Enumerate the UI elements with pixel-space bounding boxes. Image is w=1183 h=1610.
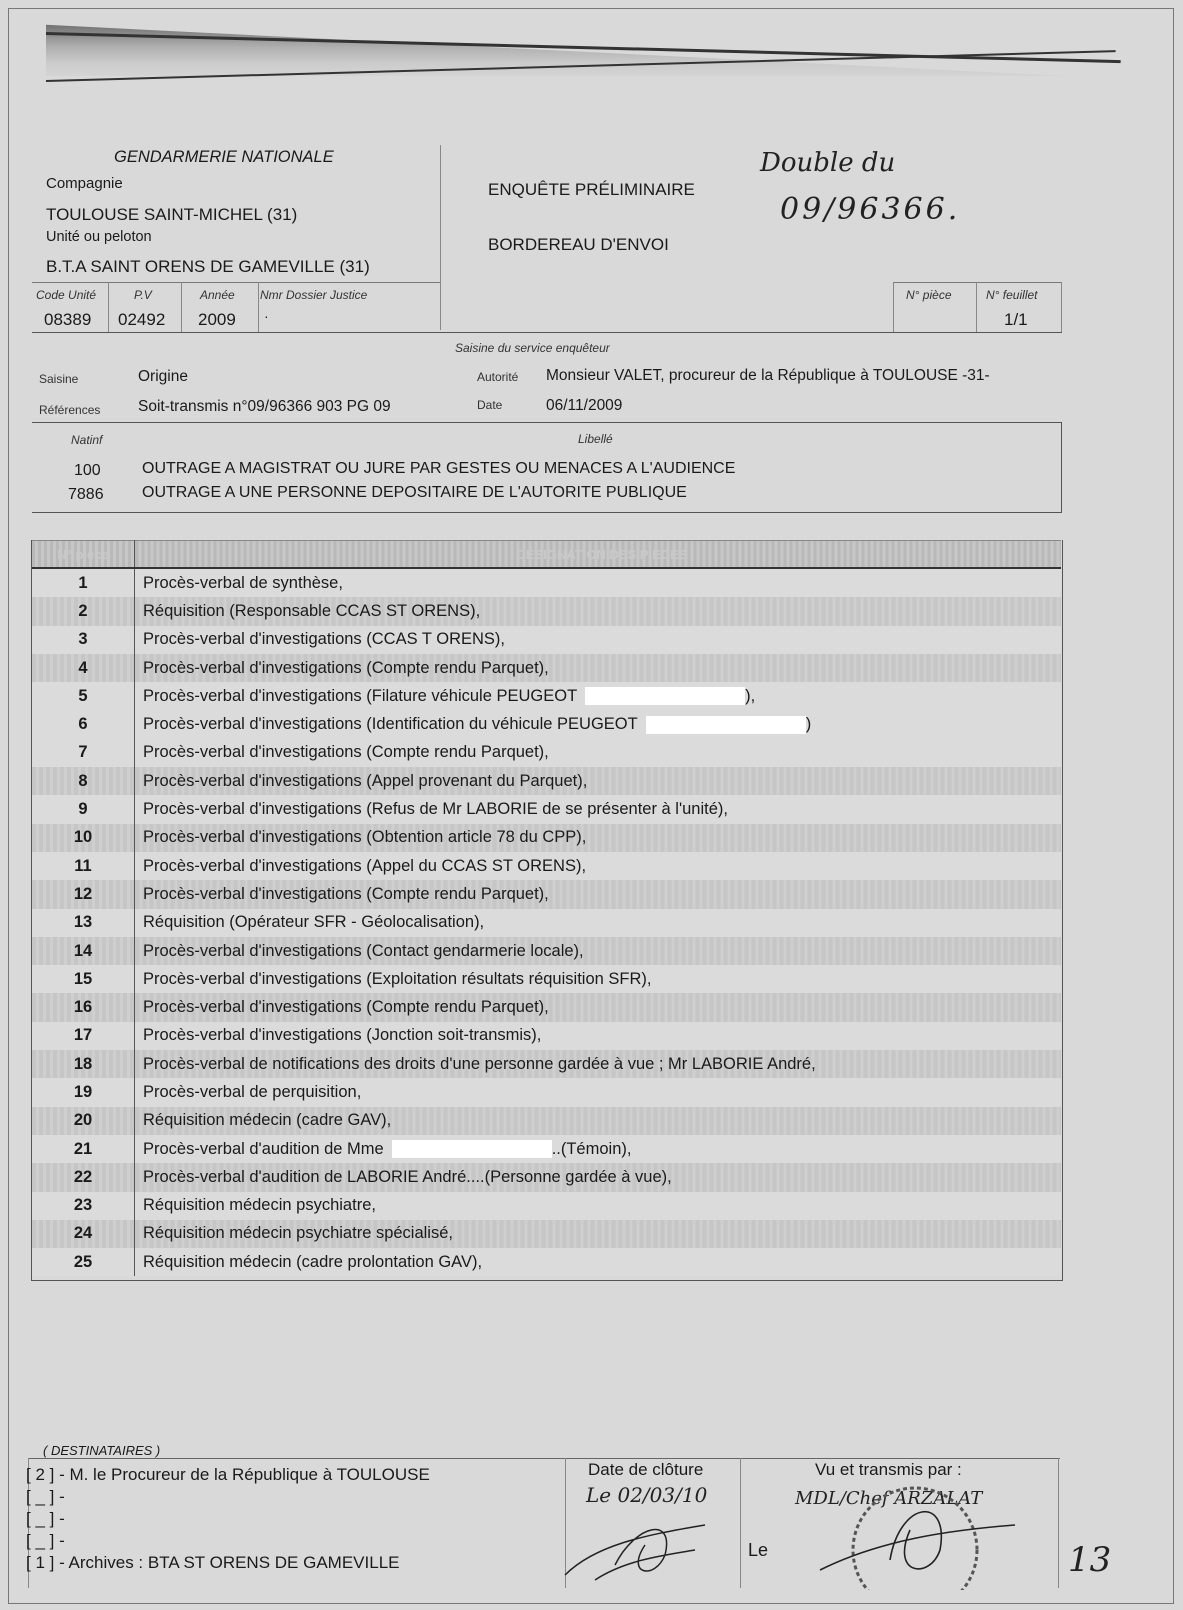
date-label: Date — [477, 398, 502, 412]
piece-text: Réquisition (Opérateur SFR - Géolocalisa… — [143, 913, 484, 931]
handwritten-reference: 09/96366. — [780, 192, 960, 227]
piece-number: 23 — [32, 1192, 135, 1220]
destinataire: [ 2 ] - M. le Procureur de la République… — [26, 1464, 430, 1486]
divider — [740, 1458, 741, 1588]
piece-number: 12 — [32, 880, 135, 908]
piece-number: 19 — [32, 1078, 135, 1106]
table-row: 3Procès-verbal d'investigations (CCAS T … — [32, 626, 1061, 654]
dossier-label: Nmr Dossier Justice — [260, 288, 367, 302]
divider — [893, 282, 1061, 283]
piece-description: Procès-verbal d'investigations (Exploita… — [135, 965, 1062, 993]
piece-description: Réquisition (Responsable CCAS ST ORENS), — [135, 597, 1062, 625]
piece-text: Procès-verbal de synthèse, — [143, 574, 343, 592]
piece-description: Procès-verbal d'investigations (Appel pr… — [135, 767, 1062, 795]
piece-description: Procès-verbal d'investigations (CCAS T O… — [135, 626, 1062, 654]
table-row: 8Procès-verbal d'investigations (Appel p… — [32, 767, 1061, 795]
table-row: 15Procès-verbal d'investigations (Exploi… — [32, 965, 1061, 993]
divider — [108, 282, 109, 332]
pv-value: 02492 — [118, 310, 165, 330]
piece-text: Procès-verbal d'investigations (Compte r… — [143, 885, 549, 903]
piece-text: Procès-verbal d'investigations (Identifi… — [143, 715, 638, 733]
table-row: 7Procès-verbal d'investigations (Compte … — [32, 739, 1061, 767]
piece-number: 25 — [32, 1248, 135, 1276]
divider — [1061, 422, 1062, 512]
feuillet-label: N° feuillet — [986, 288, 1038, 302]
piece-text-after: ), — [745, 687, 755, 705]
piece-text: Procès-verbal d'investigations (Jonction… — [143, 1026, 541, 1044]
destinataires-label: ( DESTINATAIRES ) — [43, 1443, 160, 1458]
scanned-page: GENDARMERIE NATIONALE Compagnie TOULOUSE… — [0, 0, 1183, 1610]
piece-number: 10 — [32, 824, 135, 852]
piece-number: 18 — [32, 1050, 135, 1078]
piece-number: 24 — [32, 1220, 135, 1248]
natinf-code: 7886 — [68, 486, 104, 504]
divider — [1061, 282, 1062, 332]
table-row: 1Procès-verbal de synthèse, — [32, 568, 1061, 597]
piece-text: Procès-verbal d'investigations (Contact … — [143, 942, 584, 960]
natinf-libelle: OUTRAGE A UNE PERSONNE DEPOSITAIRE DE L'… — [142, 484, 687, 502]
piece-text-after: ..(Témoin), — [552, 1140, 632, 1158]
piece-description: Procès-verbal d'audition de LABORIE Andr… — [135, 1163, 1062, 1191]
piece-description: Procès-verbal d'investigations (Compte r… — [135, 654, 1062, 682]
cloture-label: Date de clôture — [588, 1460, 703, 1480]
doc-title: ENQUÊTE PRÉLIMINAIRE — [488, 180, 695, 200]
unite-value: B.T.A SAINT ORENS DE GAMEVILLE (31) — [46, 257, 370, 277]
header-lib: DÉSIGNATION DES PIÈCES — [135, 541, 1062, 569]
piece-description: Procès-verbal d'investigations (Contact … — [135, 937, 1062, 965]
piece-text: Réquisition médecin psychiatre spécialis… — [143, 1224, 453, 1242]
saisine-value: Origine — [138, 368, 188, 386]
handwritten-note: Double du — [760, 148, 895, 178]
table-row: 17Procès-verbal d'investigations (Joncti… — [32, 1022, 1061, 1050]
table-row: 16Procès-verbal d'investigations (Compte… — [32, 993, 1061, 1021]
piece-description: Réquisition médecin psychiatre spécialis… — [135, 1220, 1062, 1248]
piece-description: Procès-verbal d'investigations (Refus de… — [135, 795, 1062, 823]
dossier-value: · — [264, 308, 269, 324]
divider — [893, 282, 894, 332]
saisine-section-label: Saisine du service enquêteur — [455, 341, 610, 355]
piece-number: 21 — [32, 1135, 135, 1163]
date-value: 06/11/2009 — [546, 397, 622, 415]
redaction-box — [585, 687, 745, 705]
piece-number: 7 — [32, 739, 135, 767]
table-row: 11Procès-verbal d'investigations (Appel … — [32, 852, 1061, 880]
cloture-value: Le 02/03/10 — [586, 1483, 707, 1507]
piece-description: Réquisition (Opérateur SFR - Géolocalisa… — [135, 909, 1062, 937]
piece-description: Procès-verbal d'audition de Mme..(Témoin… — [135, 1135, 1062, 1163]
piece-text: Procès-verbal d'audition de Mme — [143, 1140, 384, 1158]
piece-text: Procès-verbal d'investigations (Appel pr… — [143, 772, 587, 790]
table-row: 6Procès-verbal d'investigations (Identif… — [32, 710, 1061, 738]
piece-text: Réquisition (Responsable CCAS ST ORENS), — [143, 602, 480, 620]
table-row: 22Procès-verbal d'audition de LABORIE An… — [32, 1163, 1061, 1191]
piece-number: 4 — [32, 654, 135, 682]
destinataire: [ _ ] - — [26, 1530, 430, 1552]
redaction-box — [392, 1140, 552, 1158]
libelle-label: Libellé — [578, 432, 613, 446]
divider — [258, 282, 259, 332]
divider — [32, 422, 1062, 423]
table-row: 21Procès-verbal d'audition de Mme..(Témo… — [32, 1135, 1061, 1163]
le-label: Le — [748, 1540, 768, 1561]
table-row: 10Procès-verbal d'investigations (Obtent… — [32, 824, 1061, 852]
piece-number: 3 — [32, 626, 135, 654]
table-row: 2Réquisition (Responsable CCAS ST ORENS)… — [32, 597, 1061, 625]
natinf-libelle: OUTRAGE A MAGISTRAT OU JURE PAR GESTES O… — [142, 460, 735, 478]
piece-number: 11 — [32, 852, 135, 880]
piece-description: Procès-verbal d'investigations (Compte r… — [135, 880, 1062, 908]
natinf-code: 100 — [74, 462, 101, 480]
divider — [440, 145, 441, 330]
piece-text: Procès-verbal d'investigations (Exploita… — [143, 970, 651, 988]
piece-text: Procès-verbal d'investigations (Refus de… — [143, 800, 728, 818]
piece-description: Procès-verbal d'investigations (Jonction… — [135, 1022, 1062, 1050]
piece-number: 15 — [32, 965, 135, 993]
piece-text: Procès-verbal d'investigations (Obtentio… — [143, 828, 586, 846]
destinataire: [ _ ] - — [26, 1508, 430, 1530]
table-row: 18Procès-verbal de notifications des dro… — [32, 1050, 1061, 1078]
pv-label: P.V — [134, 288, 152, 302]
piece-description: Procès-verbal d'investigations (Filature… — [135, 682, 1062, 710]
table-header: N° pièce DÉSIGNATION DES PIÈCES — [32, 541, 1061, 569]
piece-description: Procès-verbal de synthèse, — [135, 568, 1062, 597]
piece-description: Procès-verbal d'investigations (Obtentio… — [135, 824, 1062, 852]
divider — [32, 332, 1062, 333]
piece-text-after: ) — [806, 715, 812, 733]
piece-label: N° pièce — [906, 288, 952, 302]
page-number: 13 — [1068, 1540, 1111, 1580]
piece-description: Procès-verbal d'investigations (Compte r… — [135, 739, 1062, 767]
piece-text: Réquisition médecin psychiatre, — [143, 1196, 376, 1214]
piece-number: 8 — [32, 767, 135, 795]
piece-number: 17 — [32, 1022, 135, 1050]
header-num: N° pièce — [32, 541, 135, 569]
divider — [28, 1458, 1060, 1459]
piece-text: Procès-verbal d'investigations (CCAS T O… — [143, 630, 505, 648]
table-row: 14Procès-verbal d'investigations (Contac… — [32, 937, 1061, 965]
signature-icon — [555, 1505, 725, 1585]
piece-text: Procès-verbal d'investigations (Compte r… — [143, 659, 549, 677]
piece-number: 14 — [32, 937, 135, 965]
piece-number: 20 — [32, 1107, 135, 1135]
piece-description: Réquisition médecin (cadre prolontation … — [135, 1248, 1062, 1276]
divider — [32, 512, 1062, 513]
piece-description: Procès-verbal d'investigations (Identifi… — [135, 710, 1062, 738]
destinataire: [ 1 ] - Archives : BTA ST ORENS DE GAMEV… — [26, 1552, 430, 1574]
divider — [32, 282, 440, 283]
compagnie-label: Compagnie — [46, 175, 123, 192]
piece-text: Procès-verbal d'audition de LABORIE Andr… — [143, 1168, 672, 1186]
piece-text: Réquisition médecin (cadre prolontation … — [143, 1253, 482, 1271]
table-row: 5Procès-verbal d'investigations (Filatur… — [32, 682, 1061, 710]
table-row: 20Réquisition médecin (cadre GAV), — [32, 1107, 1061, 1135]
vu-label: Vu et transmis par : — [815, 1460, 962, 1480]
redaction-box — [646, 716, 806, 734]
divider — [1058, 1458, 1059, 1588]
annee-value: 2009 — [198, 310, 236, 330]
piece-text: Procès-verbal d'investigations (Compte r… — [143, 743, 549, 761]
destinataires-list: [ 2 ] - M. le Procureur de la République… — [26, 1464, 430, 1574]
saisine-label: Saisine — [39, 372, 78, 386]
unite-label: Unité ou peloton — [46, 229, 152, 245]
piece-number: 5 — [32, 682, 135, 710]
piece-text: Procès-verbal d'investigations (Filature… — [143, 687, 577, 705]
feuillet-value: 1/1 — [1004, 310, 1028, 330]
piece-number: 22 — [32, 1163, 135, 1191]
piece-text: Procès-verbal d'investigations (Compte r… — [143, 998, 549, 1016]
natinf-label: Natinf — [71, 433, 102, 447]
table-row: 24Réquisition médecin psychiatre spécial… — [32, 1220, 1061, 1248]
doc-subtitle: BORDEREAU D'ENVOI — [488, 235, 669, 255]
piece-text: Procès-verbal de perquisition, — [143, 1083, 361, 1101]
piece-number: 6 — [32, 710, 135, 738]
table-row: 23Réquisition médecin psychiatre, — [32, 1192, 1061, 1220]
code-unite-label: Code Unité — [36, 288, 96, 302]
references-label: Références — [39, 403, 100, 417]
piece-description: Procès-verbal d'investigations (Compte r… — [135, 993, 1062, 1021]
divider — [181, 282, 182, 332]
piece-description: Réquisition médecin (cadre GAV), — [135, 1107, 1062, 1135]
pieces-table: N° pièce DÉSIGNATION DES PIÈCES 1Procès-… — [32, 540, 1061, 1276]
piece-description: Réquisition médecin psychiatre, — [135, 1192, 1062, 1220]
piece-number: 16 — [32, 993, 135, 1021]
autorite-value: Monsieur VALET, procureur de la Républiq… — [546, 367, 990, 385]
piece-number: 13 — [32, 909, 135, 937]
org-name: GENDARMERIE NATIONALE — [114, 148, 334, 167]
piece-description: Procès-verbal de perquisition, — [135, 1078, 1062, 1106]
piece-description: Procès-verbal de notifications des droit… — [135, 1050, 1062, 1078]
table-row: 9Procès-verbal d'investigations (Refus d… — [32, 795, 1061, 823]
divider — [976, 282, 977, 332]
compagnie-value: TOULOUSE SAINT-MICHEL (31) — [46, 205, 297, 225]
table-row: 19Procès-verbal de perquisition, — [32, 1078, 1061, 1106]
piece-description: Procès-verbal d'investigations (Appel du… — [135, 852, 1062, 880]
piece-text: Procès-verbal de notifications des droit… — [143, 1055, 816, 1073]
autorite-label: Autorité — [477, 370, 518, 384]
piece-number: 1 — [32, 568, 135, 597]
piece-text: Procès-verbal d'investigations (Appel du… — [143, 857, 586, 875]
table-row: 12Procès-verbal d'investigations (Compte… — [32, 880, 1061, 908]
references-value: Soit-transmis n°09/96366 903 PG 09 — [138, 398, 391, 416]
annee-label: Année — [200, 288, 235, 302]
piece-text: Réquisition médecin (cadre GAV), — [143, 1111, 391, 1129]
destinataire: [ _ ] - — [26, 1486, 430, 1508]
stamp-icon — [800, 1480, 1030, 1590]
piece-number: 9 — [32, 795, 135, 823]
table-row: 4Procès-verbal d'investigations (Compte … — [32, 654, 1061, 682]
table-row: 25Réquisition médecin (cadre prolontatio… — [32, 1248, 1061, 1276]
piece-number: 2 — [32, 597, 135, 625]
table-row: 13Réquisition (Opérateur SFR - Géolocali… — [32, 909, 1061, 937]
code-unite-value: 08389 — [44, 310, 91, 330]
